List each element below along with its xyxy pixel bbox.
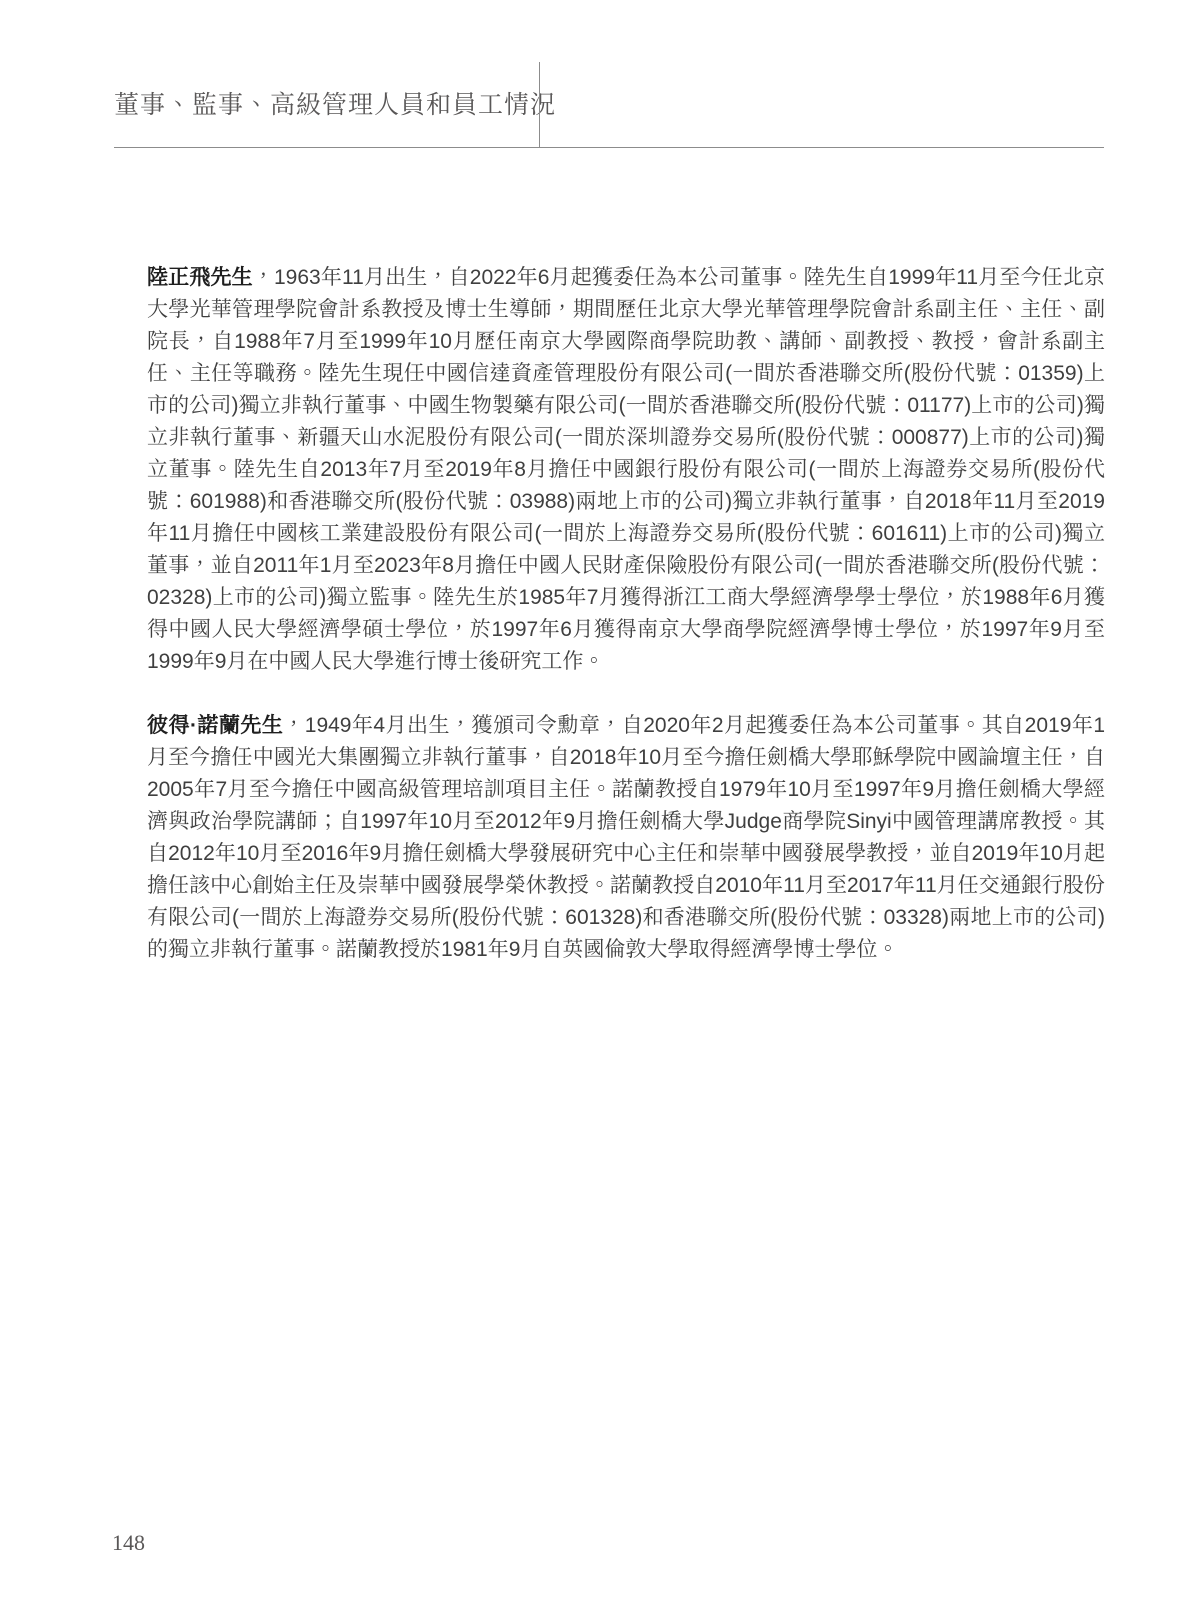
page-number: 148 (112, 1532, 145, 1554)
bio-paragraph-lu-zhengfei: 陸正飛先生，1963年11月出生，自2022年6月起獲委任為本公司董事。陸先生自… (147, 262, 1105, 678)
bio-content: 陸正飛先生，1963年11月出生，自2022年6月起獲委任為本公司董事。陸先生自… (147, 262, 1105, 966)
header-vertical-divider (539, 62, 540, 147)
document-page: 董事、監事、高級管理人員和員工情況 陸正飛先生，1963年11月出生，自2022… (0, 0, 1190, 1615)
header-horizontal-divider (114, 147, 1104, 148)
bio-text-peter-nolan: ，1949年4月出生，獲頒司令勳章，自2020年2月起獲委任為本公司董事。其自2… (147, 714, 1105, 961)
director-name-peter-nolan: 彼得·諾蘭先生 (147, 714, 283, 737)
bio-paragraph-peter-nolan: 彼得·諾蘭先生，1949年4月出生，獲頒司令勳章，自2020年2月起獲委任為本公… (147, 710, 1105, 966)
page-title: 董事、監事、高級管理人員和員工情況 (114, 90, 556, 123)
director-name-lu-zhengfei: 陸正飛先生 (147, 266, 253, 289)
bio-text-lu-zhengfei: ，1963年11月出生，自2022年6月起獲委任為本公司董事。陸先生自1999年… (147, 266, 1105, 673)
